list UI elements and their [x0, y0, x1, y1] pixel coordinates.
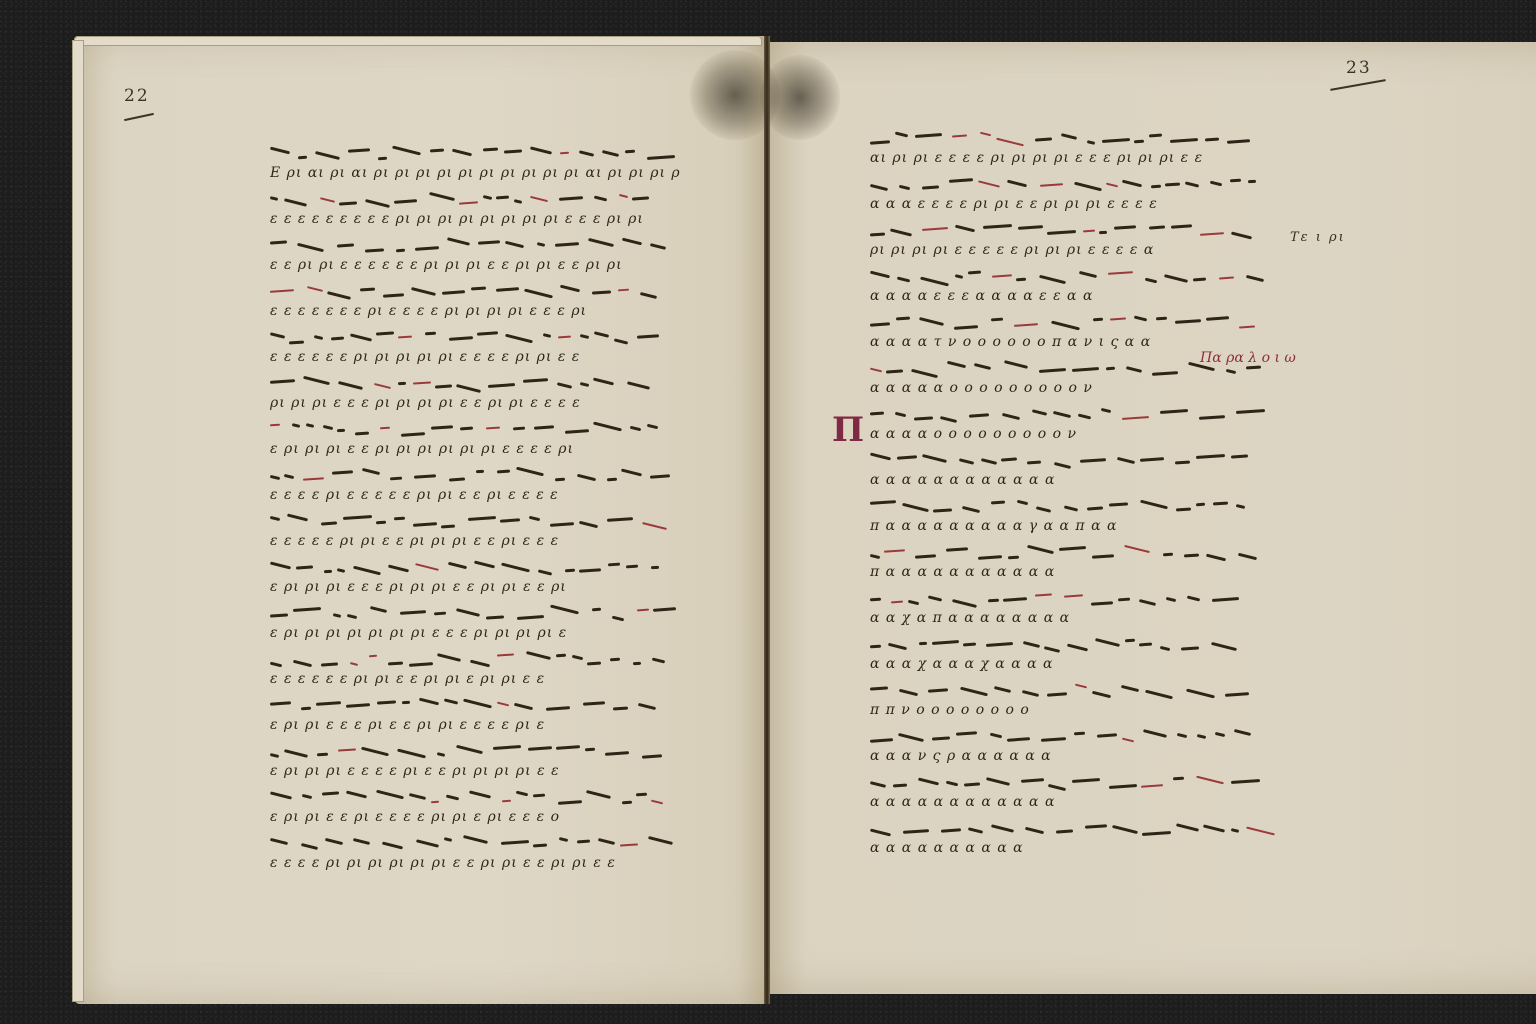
neume-sign: [614, 338, 628, 344]
neume-sign: [1122, 416, 1149, 420]
neume-sign: [556, 654, 566, 658]
neume-sign: [1176, 823, 1199, 831]
neume-sign: [298, 156, 307, 160]
neume-sign: [270, 662, 282, 668]
neume-line: [870, 631, 1270, 655]
neume-sign: [463, 699, 492, 709]
neume-sign: [933, 508, 952, 512]
neume-sign: [1134, 140, 1144, 144]
neume-sign: [895, 412, 906, 418]
neume-sign: [1061, 133, 1077, 140]
neume-sign: [613, 706, 628, 710]
neume-sign: [362, 468, 380, 475]
neume-sign: [1143, 729, 1167, 738]
neume-sign: [870, 686, 888, 690]
neume-line: [270, 830, 680, 854]
neume-sign: [560, 152, 569, 155]
neume-sign: [986, 642, 1013, 647]
neume-line: [870, 585, 1270, 609]
neume-sign: [524, 289, 553, 299]
neume-sign: [1156, 317, 1167, 321]
neume-sign: [991, 824, 1014, 832]
neume-sign: [897, 455, 917, 459]
neume-sign: [1165, 182, 1180, 186]
lyric-line: ε ε ρι ρι ε ε ε ε ε ε ρι ρι ρι ε ε ρι ρι…: [270, 256, 680, 278]
neume-sign: [360, 287, 375, 291]
neume-sign: [954, 325, 978, 330]
neume-sign: [1122, 180, 1142, 188]
neume-sign: [270, 196, 278, 201]
neume-sign: [414, 474, 436, 479]
neume-sign: [1025, 827, 1044, 835]
neume-sign: [1145, 278, 1157, 284]
neume-sign: [1163, 553, 1173, 557]
neume-sign: [270, 791, 292, 799]
neume-sign: [526, 651, 551, 660]
neume-sign: [1032, 409, 1047, 416]
neume-sign: [870, 322, 890, 326]
neume-sign: [431, 801, 439, 804]
neume-sign: [968, 271, 981, 275]
neume-sign: [323, 425, 333, 430]
neume-sign: [437, 752, 445, 757]
neume-sign: [1047, 692, 1067, 696]
neume-sign: [632, 196, 649, 200]
neume-sign: [607, 478, 617, 482]
neume-sign: [580, 382, 589, 387]
neume-sign: [650, 243, 666, 250]
lyric-line: ε ρι ρι ε ε ρι ε ε ε ε ρι ρι ε ρι ε ε ε …: [270, 808, 680, 830]
neume-sign: [1231, 828, 1239, 833]
neume-sign: [523, 378, 548, 383]
neume-sign: [444, 837, 452, 842]
neume-sign: [321, 521, 337, 525]
neume-sign: [1102, 138, 1130, 143]
neume-sign: [988, 599, 999, 603]
neume-sign: [355, 432, 369, 436]
neume-line: [870, 217, 1270, 241]
neume-sign: [321, 662, 338, 666]
neume-sign: [1109, 784, 1137, 789]
neume-line: [270, 646, 680, 670]
neume-sign: [963, 643, 976, 647]
neume-sign: [983, 224, 1012, 229]
neume-sign: [1017, 500, 1028, 506]
neume-sign: [444, 698, 458, 704]
neume-sign: [346, 791, 367, 799]
neume-sign: [401, 432, 425, 437]
neume-sign: [456, 384, 481, 393]
neume-sign: [1193, 278, 1206, 282]
neume-sign: [394, 199, 417, 204]
neume-sign: [415, 246, 439, 251]
neume-sign: [513, 427, 525, 431]
neume-sign: [528, 746, 552, 751]
neume-sign: [555, 242, 579, 247]
neume-line: [270, 324, 680, 348]
neume-sign: [1114, 225, 1136, 230]
neume-sign: [416, 839, 439, 847]
neume-sign: [501, 563, 530, 573]
neume-sign: [1187, 595, 1200, 601]
neume-sign: [402, 701, 410, 705]
neume-sign: [648, 836, 673, 845]
neume-sign: [486, 427, 500, 430]
neume-sign: [585, 748, 595, 752]
neume-sign: [986, 777, 1010, 786]
neume-sign: [1002, 413, 1020, 420]
neume-sign: [388, 661, 403, 665]
neume-sign: [1152, 371, 1178, 376]
neume-sign: [486, 615, 504, 619]
neume-sign: [543, 333, 551, 338]
neume-sign: [556, 745, 580, 750]
neume-sign: [474, 561, 495, 569]
neume-sign: [1074, 182, 1102, 192]
neume-sign: [1238, 553, 1257, 561]
neume-sign: [1213, 501, 1228, 505]
neume-sign: [1039, 275, 1066, 284]
neume-sign: [928, 688, 948, 692]
neume-sign: [607, 517, 633, 522]
neume-sign: [415, 563, 439, 571]
neume-sign: [651, 800, 663, 805]
neume-sign: [1170, 138, 1198, 143]
lyric-line: ε ε ε ε ε ε ρι ρι ε ε ρι ρι ε ρι ρι ε ε: [270, 670, 680, 692]
neume-sign: [301, 843, 318, 850]
neume-sign: [559, 837, 568, 842]
neume-sign: [1075, 684, 1087, 689]
neume-sign: [293, 607, 321, 612]
neume-sign: [978, 180, 1000, 187]
neume-sign: [1097, 733, 1117, 737]
lyric-line: π α α α α α α α α α γ α α π α α: [870, 517, 1270, 539]
neume-sign: [870, 554, 880, 559]
neume-sign: [1186, 689, 1215, 699]
neume-sign: [974, 363, 991, 370]
neume-sign: [932, 736, 950, 740]
neume-sign: [642, 754, 662, 758]
neume-sign: [1044, 646, 1060, 653]
neume-sign: [620, 843, 638, 846]
neume-sign: [533, 794, 545, 798]
neume-sign: [593, 422, 622, 432]
neume-sign: [497, 470, 510, 474]
neume-sign: [322, 791, 339, 795]
neume-sign: [893, 784, 907, 788]
neume-sign: [1239, 325, 1255, 328]
neume-sign: [460, 427, 473, 431]
neume-sign: [1085, 824, 1107, 829]
neume-sign: [497, 702, 509, 707]
neume-sign: [928, 595, 942, 601]
lyric-line: ε ρι ρι ρι ε ε ε ε ρι ε ε ρι ρι ρι ρι ε …: [270, 762, 680, 784]
neume-sign: [270, 516, 280, 521]
neume-sign: [1035, 593, 1052, 596]
neume-sign: [537, 242, 545, 247]
neume-line: [270, 370, 680, 394]
neume-sign: [370, 606, 387, 613]
neume-sign: [292, 423, 300, 428]
neume-sign: [1175, 319, 1201, 324]
neume-sign: [1079, 271, 1097, 278]
neume-sign: [270, 838, 288, 845]
neume-sign: [1225, 692, 1249, 697]
neume-sign: [284, 474, 294, 479]
neume-sign: [1036, 506, 1051, 513]
neume-sign: [442, 290, 465, 295]
neume-sign: [504, 149, 522, 153]
neume-sign: [1035, 137, 1052, 141]
left-page-side-edge: [72, 40, 84, 1002]
neume-sign: [471, 286, 486, 290]
neume-sign: [388, 565, 409, 573]
neume-sign: [449, 336, 473, 341]
neume-sign: [1112, 825, 1138, 834]
neume-sign: [331, 337, 344, 341]
neume-sign: [284, 749, 308, 758]
lyric-line: ρι ρι ρι ρι ε ε ε ε ε ρι ρι ρι ε ε ε ε α: [870, 241, 1270, 263]
neume-sign: [947, 361, 966, 369]
neume-sign: [886, 369, 903, 373]
neume-sign: [289, 340, 304, 344]
neume-sign: [361, 747, 389, 757]
neume-sign: [980, 132, 991, 137]
right-folio-number: 23: [1346, 58, 1372, 78]
neume-sign: [637, 334, 659, 339]
neume-sign: [1236, 504, 1245, 509]
neume-sign: [895, 131, 908, 137]
neume-sign: [374, 383, 391, 389]
neume-sign: [626, 565, 638, 569]
neume-sign: [270, 562, 291, 570]
neume-sign: [1007, 737, 1030, 742]
neume-sign: [1185, 181, 1199, 187]
neume-sign: [1230, 179, 1241, 183]
neume-sign: [870, 781, 886, 788]
neume-sign: [1078, 413, 1091, 419]
neume-sign: [459, 201, 478, 204]
neume-sign: [1196, 454, 1225, 459]
neume-sign: [1022, 690, 1039, 697]
neume-sign: [610, 658, 620, 662]
neume-sign: [592, 608, 601, 612]
neume-sign: [1092, 554, 1114, 559]
neume-sign: [1001, 457, 1017, 461]
lyric-line: ε ρι ρι ρι ε ε ε ρι ρι ρι ε ε ρι ρι ε ε …: [270, 578, 680, 600]
neume-sign: [594, 331, 609, 338]
neume-sign: [1095, 638, 1120, 647]
neume-sign: [530, 196, 548, 202]
neume-sign: [922, 185, 939, 189]
neume-sign: [332, 470, 353, 474]
neume-sign: [594, 195, 607, 201]
neume-sign: [897, 276, 910, 282]
neume-line: [870, 125, 1270, 149]
neume-sign: [1139, 643, 1152, 647]
neume-sign: [605, 751, 629, 756]
lyric-line: Ε ρι αι ρι αι ρι ρι ρι ρι ρι ρι ρι ρι ρι…: [270, 164, 680, 186]
neume-sign: [1067, 644, 1088, 652]
lyric-line: α α α α ο ο ο ο ο ο ο ο ο ν: [870, 425, 1270, 447]
neume-sign: [870, 271, 890, 279]
neume-sign: [602, 150, 619, 157]
neume-sign: [380, 427, 390, 430]
neume-sign: [911, 369, 938, 378]
neume-sign: [891, 601, 903, 604]
neume-sign: [1212, 597, 1239, 602]
neume-sign: [1231, 779, 1260, 784]
neume-sign: [956, 731, 977, 735]
neume-sign: [447, 237, 470, 245]
lyric-line: π α α α α α α α α α α α: [870, 563, 1270, 585]
neume-sign: [463, 835, 488, 844]
neume-sign: [448, 562, 467, 570]
neume-sign: [990, 733, 1002, 739]
neume-sign: [400, 610, 426, 615]
lyric-line: α α α ε ε ε ε ρι ρι ε ε ρι ρι ρι ε ε ε ε: [870, 195, 1270, 217]
marginal-note: Τε ι ρι: [1290, 230, 1346, 245]
neume-sign: [919, 317, 944, 326]
neume-sign: [470, 660, 490, 668]
neume-sign: [1176, 507, 1191, 511]
neume-sign: [514, 703, 533, 711]
neume-sign: [431, 425, 453, 430]
neume-sign: [1206, 554, 1226, 562]
neume-sign: [625, 150, 635, 154]
neume-sign: [870, 184, 888, 191]
neume-sign: [1231, 232, 1252, 240]
lyric-line: ε ε ε ε ε ε ε ε ε ρι ρι ρι ρι ρι ρι ρι ρ…: [270, 210, 680, 232]
neume-sign: [608, 563, 620, 567]
manuscript-spread: 22 23 Ε ρι αι ρι αι ρι ρι ρι ρι ρι ρι ρι…: [0, 0, 1536, 1024]
neume-sign: [270, 613, 288, 617]
neume-sign: [618, 289, 629, 292]
neume-sign: [902, 503, 929, 512]
neume-line: [270, 416, 680, 440]
neume-sign: [435, 384, 452, 388]
neume-sign: [1121, 685, 1139, 692]
neume-line: [870, 769, 1270, 793]
neume-sign: [1164, 274, 1188, 283]
rubric-heading: Πα ρα λ ο ι ω: [1200, 350, 1296, 366]
neume-sign: [483, 195, 492, 200]
neume-sign: [315, 151, 340, 160]
neume-sign: [483, 147, 498, 151]
neume-sign: [870, 829, 891, 837]
neume-sign: [369, 655, 377, 658]
neume-sign: [505, 334, 533, 344]
neume-sign: [325, 838, 343, 845]
neume-sign: [870, 368, 882, 373]
neume-sign: [1149, 225, 1165, 229]
neume-sign: [348, 148, 370, 153]
neume-sign: [284, 198, 307, 206]
neume-line: [870, 263, 1270, 287]
neume-sign: [638, 703, 656, 710]
neume-sign: [493, 745, 521, 750]
neume-line: [270, 462, 680, 486]
neume-sign: [347, 614, 357, 619]
neume-sign: [870, 140, 890, 144]
neume-sign: [538, 569, 552, 575]
neume-line: [270, 600, 680, 624]
red-initial: Π: [832, 410, 864, 450]
neume-sign: [419, 698, 439, 706]
lyric-line: ε ρι ρι ε ε ε ρι ε ε ρι ρι ε ε ε ε ρι ε: [270, 716, 680, 738]
neume-sign: [598, 838, 615, 845]
neume-sign: [546, 706, 570, 711]
neume-sign: [350, 662, 358, 666]
neume-sign: [981, 458, 997, 465]
neume-sign: [301, 707, 311, 711]
neume-sign: [529, 516, 540, 522]
neume-sign: [346, 703, 370, 708]
neume-sign: [1248, 180, 1256, 184]
neume-sign: [896, 317, 910, 321]
neume-sign: [962, 506, 980, 513]
neume-sign: [303, 376, 330, 385]
neume-sign: [903, 829, 929, 834]
neume-sign: [899, 185, 910, 191]
neume-sign: [297, 243, 324, 252]
neume-sign: [517, 615, 544, 620]
neume-sign: [992, 274, 1012, 277]
neume-sign: [991, 318, 1003, 322]
neume-sign: [534, 425, 554, 429]
neume-line: [270, 508, 680, 532]
neume-sign: [650, 474, 670, 478]
neume-sign: [612, 616, 624, 622]
neume-sign: [307, 286, 323, 292]
neume-sign: [1091, 601, 1113, 606]
neume-sign: [270, 332, 285, 339]
neume-sign: [637, 609, 649, 612]
neume-sign: [555, 478, 565, 482]
neume-sign: [1140, 457, 1164, 462]
neume-sign: [1215, 732, 1225, 737]
neume-sign: [383, 293, 404, 297]
neume-sign: [1151, 185, 1161, 189]
left-page-text-block: Ε ρι αι ρι αι ρι ρι ρι ρι ρι ρι ρι ρι ρι…: [270, 140, 680, 876]
neume-sign: [870, 738, 893, 743]
neume-sign: [434, 612, 446, 616]
neume-sign: [946, 547, 968, 552]
neume-sign: [565, 569, 575, 573]
neume-sign: [1117, 457, 1135, 464]
neume-sign: [456, 608, 480, 617]
neume-sign: [647, 424, 658, 430]
neume-sign: [1210, 181, 1222, 187]
neume-sign: [1175, 460, 1190, 464]
neume-line: [270, 140, 680, 164]
neume-sign: [1160, 409, 1188, 414]
neume-sign: [1205, 138, 1219, 142]
neume-sign: [296, 565, 313, 569]
neume-sign: [1099, 231, 1107, 235]
neume-sign: [940, 416, 957, 423]
right-page-text-block: αι ρι ρι ε ε ε ε ρι ρι ρι ρι ε ε ε ρι ρι…: [870, 125, 1270, 861]
neume-sign: [627, 381, 650, 389]
neume-sign: [652, 657, 665, 663]
neume-sign: [870, 453, 891, 461]
neume-sign: [1126, 366, 1142, 373]
neume-sign: [577, 840, 590, 844]
neume-sign: [398, 336, 412, 339]
neume-sign: [898, 733, 924, 742]
neume-sign: [500, 518, 520, 522]
neume-sign: [952, 134, 967, 137]
